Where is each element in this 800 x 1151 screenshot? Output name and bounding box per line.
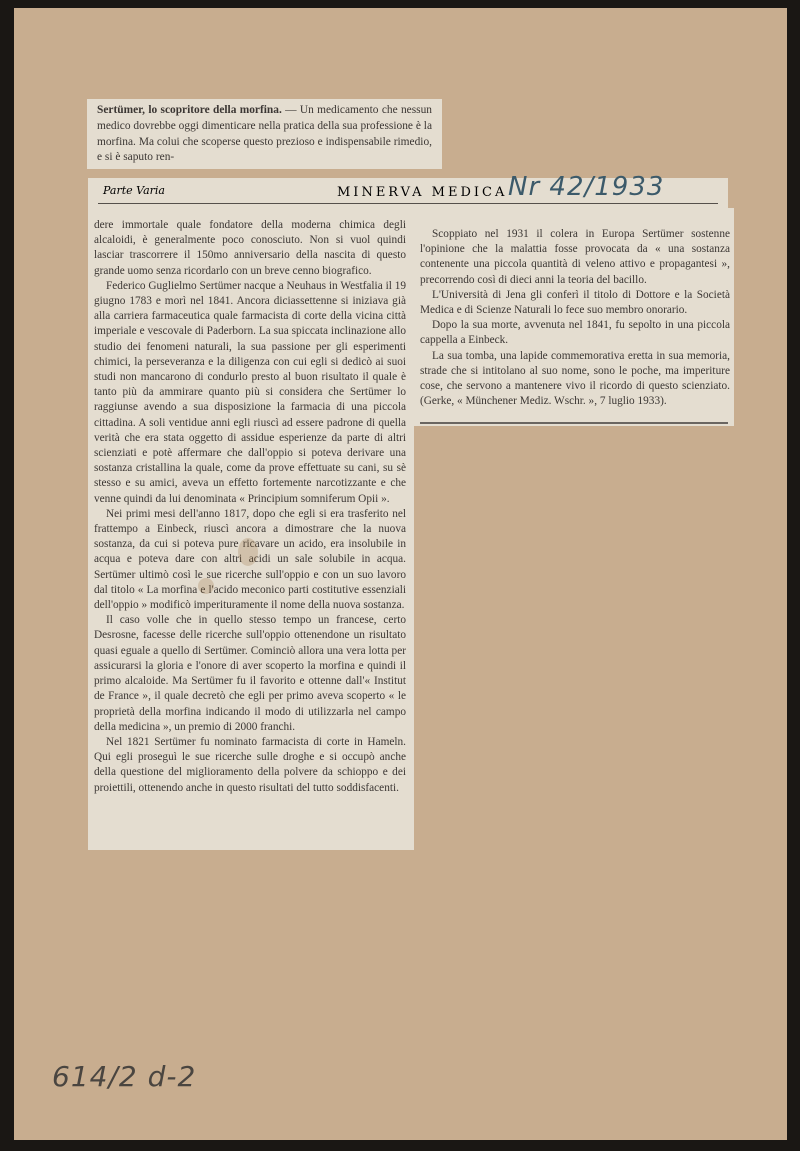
article-title: Sertümer, lo scopritore della morfina. [97, 104, 282, 116]
stain [238, 538, 258, 566]
paragraph: Il caso volle che in quello stesso tempo… [94, 613, 406, 735]
paragraph: dere immortale quale fondatore della mod… [94, 218, 406, 279]
paragraph: Scoppiato nel 1931 il colera in Europa S… [420, 227, 730, 288]
journal-header: Parte Varia MINERVA MEDICA Nr 42/1933 [88, 178, 728, 208]
handwritten-issue-number: Nr 42/1933 [508, 172, 664, 202]
paragraph: Federico Guglielmo Sertümer nacque a Neu… [94, 279, 406, 507]
pencil-archive-note: 614/2 d-2 [52, 1060, 196, 1093]
paragraph: L'Università di Jena gli conferì il tito… [420, 288, 730, 318]
clipping-left-column: dere immortale quale fondatore della mod… [88, 208, 414, 850]
header-rule [98, 203, 718, 204]
paragraph: La sua tomba, una lapide commemorativa e… [420, 349, 730, 410]
footer-rule [420, 422, 728, 424]
clipping-right-column: Scoppiato nel 1931 il colera in Europa S… [414, 208, 734, 426]
section-label: Parte Varia [103, 184, 165, 197]
paragraph: Dopo la sua morte, avvenuta nel 1841, fu… [420, 318, 730, 348]
journal-name: MINERVA MEDICA [337, 185, 507, 200]
clipping-title-fragment: Sertümer, lo scopritore della morfina. —… [87, 99, 442, 169]
paragraph: Nel 1821 Sertümer fu nominato farmacista… [94, 735, 406, 796]
stain [198, 578, 214, 594]
